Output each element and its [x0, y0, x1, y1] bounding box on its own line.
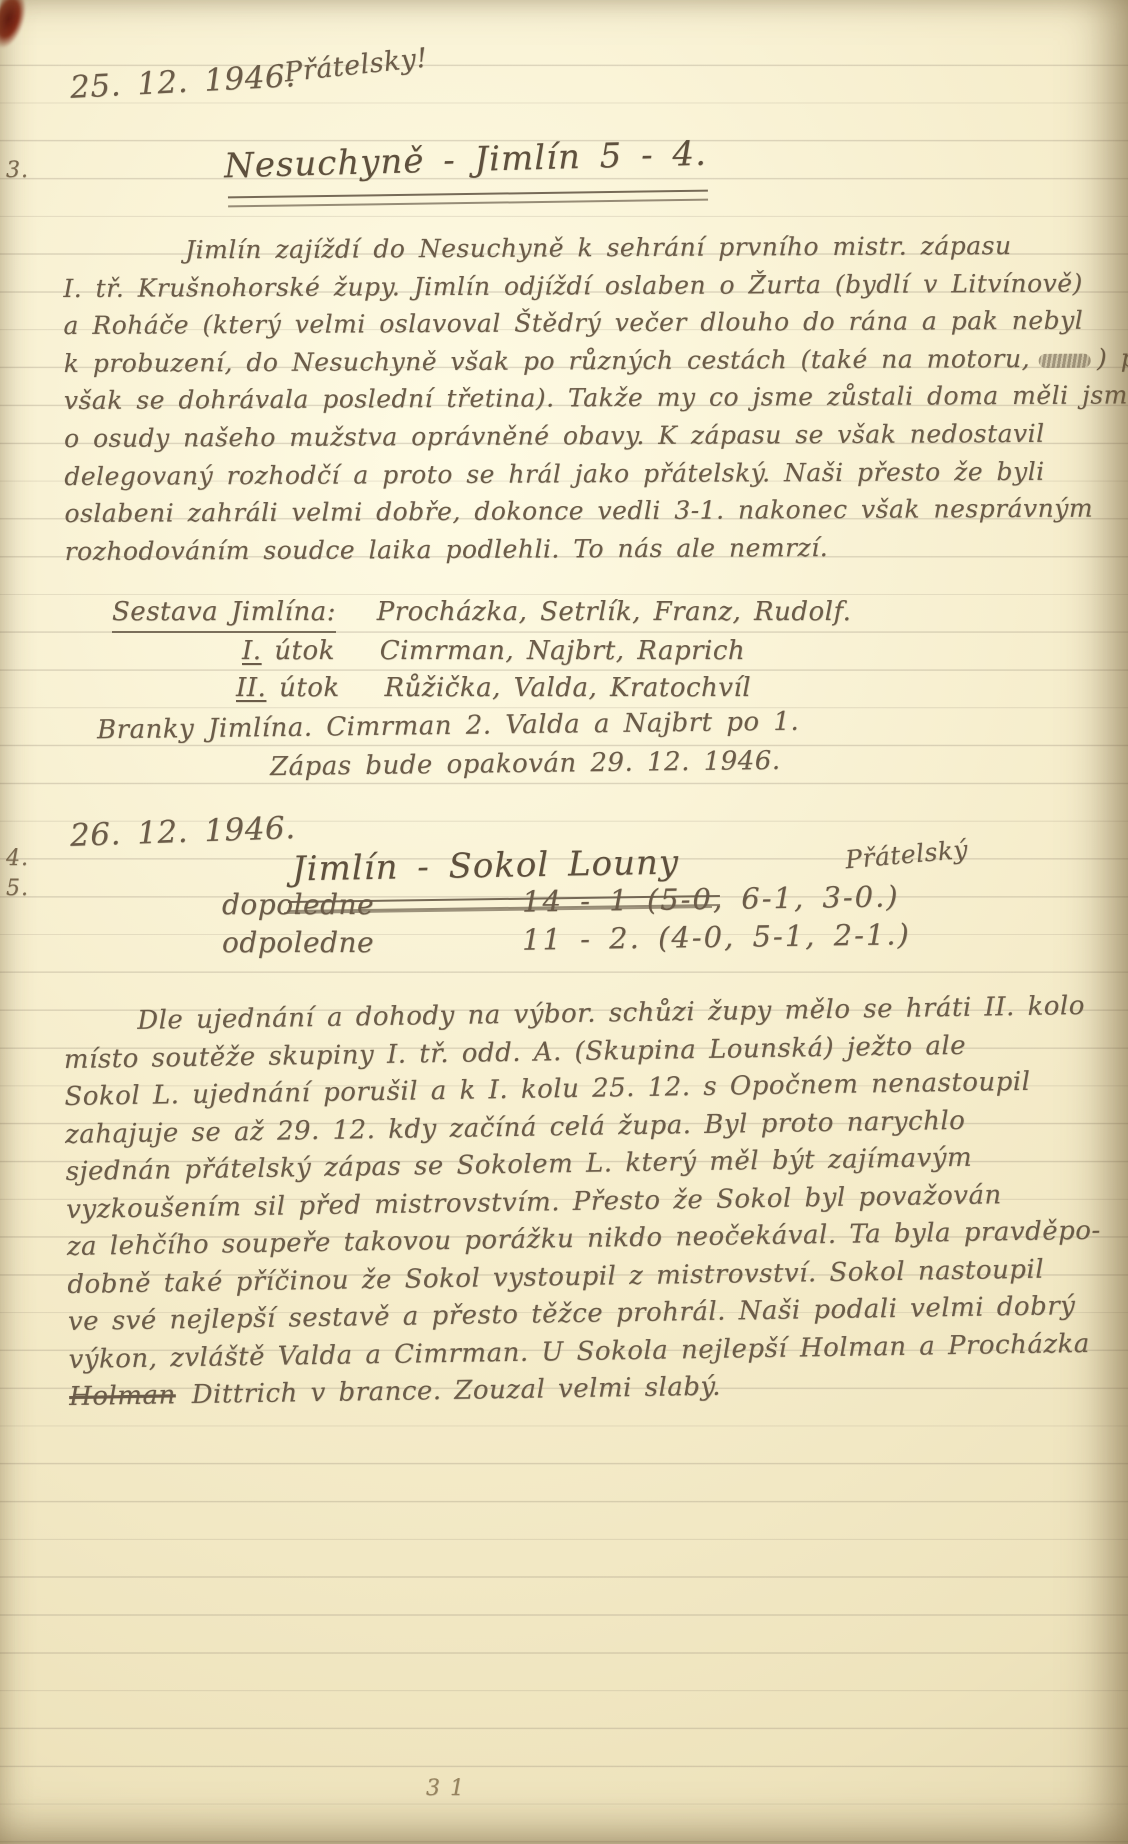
- entry1-replay-note: Zápas bude opakován 29. 12. 1946.: [270, 746, 781, 782]
- result-session-morning: dopoledne: [222, 888, 374, 921]
- lineup-row-attack2: II. útok Růžička, Valda, Kratochvíl: [236, 673, 751, 703]
- margin-number-4: 4.: [6, 846, 29, 871]
- body-line: oslabeni zahráli velmi dobře, dokonce ve…: [64, 489, 1128, 533]
- entry1-date: 25. 12. 1946.: [69, 58, 296, 106]
- lineup-names: Růžička, Valda, Kratochvíl: [384, 673, 751, 703]
- entry1-friendly-label: Přátelsky!: [283, 43, 429, 89]
- body-line-text: Dittrich v brance. Zouzal velmi slabý.: [191, 1372, 721, 1410]
- struck-name: Holman: [69, 1380, 176, 1412]
- entry2-friendly-label: Přátelský: [844, 835, 969, 875]
- body-line-text: k probuzení, do Nesuchyně však po různýc…: [64, 344, 1030, 378]
- body-line-text: ) přijel, když: [1097, 342, 1128, 372]
- lineup-label: útok: [274, 636, 335, 666]
- result-score-afternoon: 11 - 2. (4-0, 5-1, 2-1.): [522, 917, 911, 956]
- body-line: o osudy našeho mužstva oprávněné obavy. …: [64, 414, 1128, 458]
- body-line: Jimlín zajíždí do Nesuchyně k sehrání pr…: [63, 226, 1128, 270]
- lineup-names: Cimrman, Najbrt, Raprich: [380, 636, 745, 666]
- entry1-title-underline: [228, 190, 708, 208]
- body-line: rozhodováním soudce laika podlehli. To n…: [65, 526, 1128, 570]
- roman-numeral: I.: [242, 636, 262, 666]
- result-score-morning: 14 - 1 (5-0, 6-1, 3-0.): [522, 879, 900, 918]
- entry2-body: Dle ujednání a dohody na výbor. schůzi ž…: [63, 988, 1103, 1417]
- struck-out-word: [1039, 353, 1091, 367]
- diary-page: 3. 4. 5. 25. 12. 1946. Přátelsky! Nesuch…: [0, 0, 1128, 1844]
- lineup-row-attack1: I. útok Cimrman, Najbrt, Raprich: [242, 636, 745, 666]
- body-line: však se dohrávala poslední třetina). Tak…: [64, 376, 1128, 420]
- page-number: 31: [426, 1776, 474, 1801]
- lineup-label: útok: [279, 673, 340, 703]
- body-line: delegovaný rozhodčí a proto se hrál jako…: [64, 451, 1128, 495]
- lineup-names: Procházka, Setrlík, Franz, Rudolf.: [377, 597, 852, 627]
- body-line: I. tř. Krušnohorské župy. Jimlín odjíždí…: [63, 263, 1128, 307]
- margin-number-5: 5.: [6, 876, 29, 901]
- result-session-afternoon: odpoledne: [222, 926, 374, 959]
- lineup-label: Sestava Jimlína:: [112, 597, 336, 633]
- entry1-match-title: Nesuchyně - Jimlín 5 - 4.: [224, 134, 708, 187]
- roman-numeral: II.: [236, 673, 266, 703]
- body-line: k probuzení, do Nesuchyně však po různýc…: [64, 338, 1128, 382]
- entry1-goals-line: Branky Jimlína. Cimrman 2. Valda a Najbr…: [97, 707, 799, 746]
- entry2-date: 26. 12. 1946.: [69, 810, 296, 854]
- entry1-body: Jimlín zajíždí do Nesuchyně k sehrání pr…: [63, 226, 1128, 571]
- lineup-row-goalkeeper: Sestava Jimlína: Procházka, Setrlík, Fra…: [112, 597, 851, 627]
- body-line: a Roháče (který velmi oslavoval Štědrý v…: [63, 301, 1128, 345]
- margin-number-3: 3.: [6, 158, 29, 183]
- red-ink-stain: [0, 0, 40, 85]
